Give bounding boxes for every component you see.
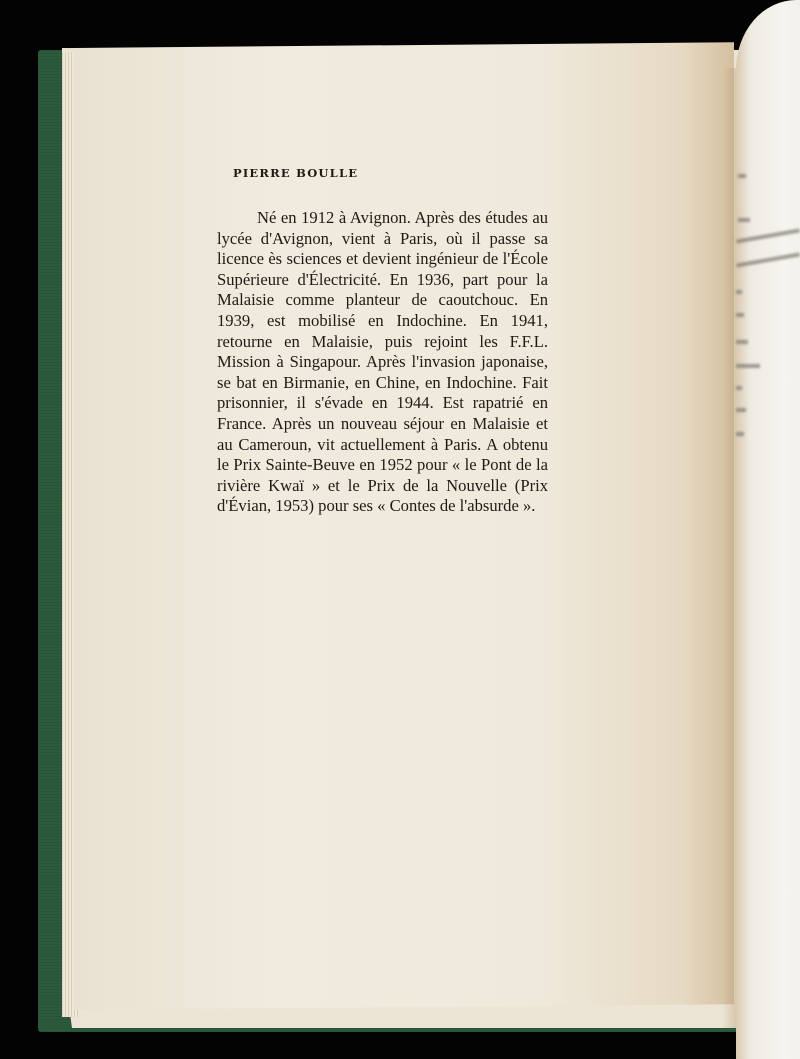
- blurred-text-line: [736, 290, 742, 294]
- blurred-text-line: [736, 340, 748, 344]
- right-page-curled: [736, 0, 800, 1059]
- blurred-text-line: [738, 218, 750, 222]
- author-heading: PIERRE BOULLE: [233, 166, 547, 180]
- blurred-text-line: [736, 386, 742, 390]
- page-text: PIERRE BOULLE Né en 1912 à Avignon. Aprè…: [217, 166, 547, 517]
- blurred-text-line: [736, 364, 760, 368]
- blurred-text-line: [736, 408, 746, 412]
- blurred-text-line: [738, 174, 746, 178]
- blurred-text-line: [736, 228, 800, 243]
- blurred-text-line: [736, 313, 744, 317]
- blurred-text-line: [736, 432, 744, 436]
- author-biography: Né en 1912 à Avignon. Après des études a…: [217, 208, 548, 517]
- blurred-text-line: [736, 252, 800, 267]
